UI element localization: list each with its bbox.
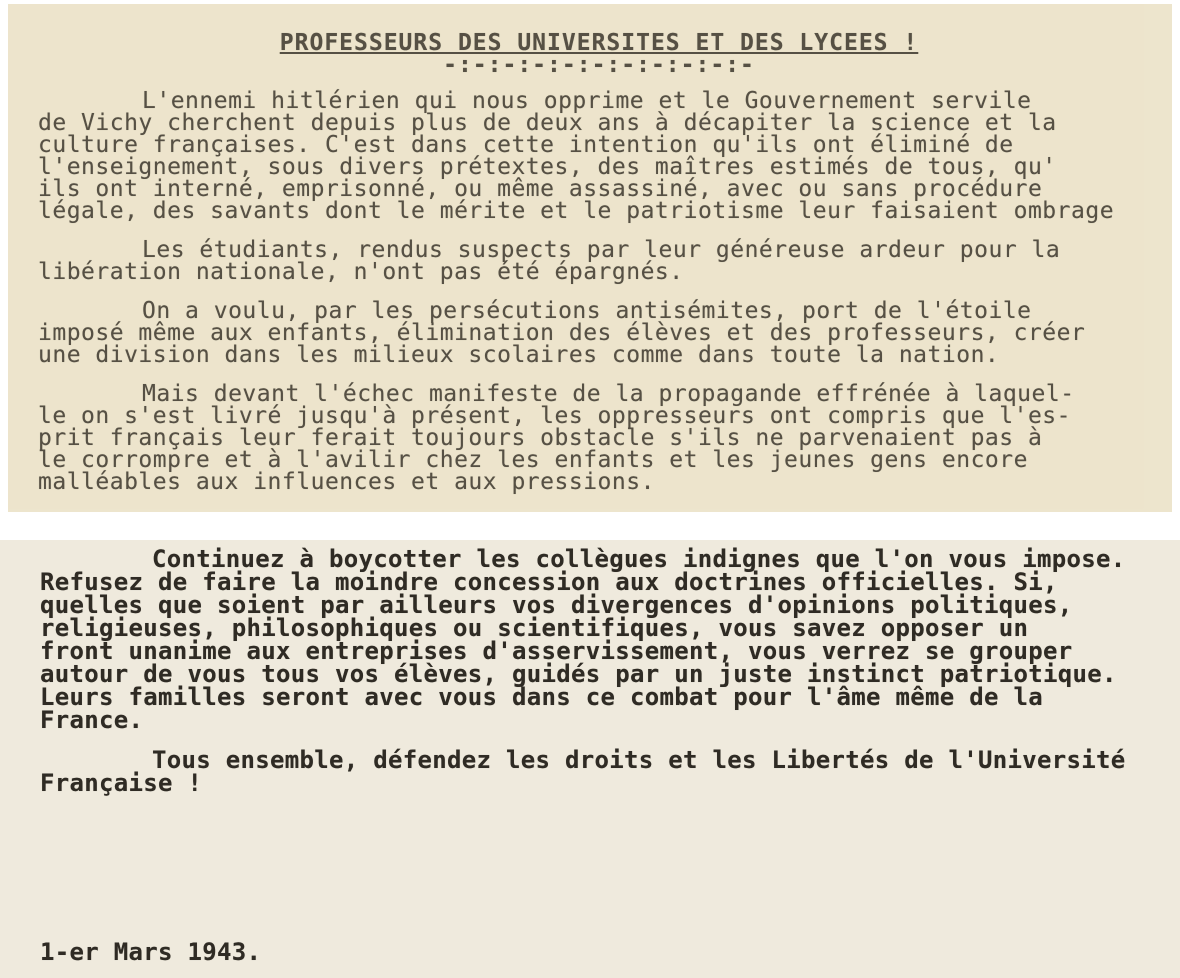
document-fragment-bottom: Continuez à boycotter les collègues indi… xyxy=(0,540,1180,978)
text-line: L'ennemi hitlérien qui nous opprime et l… xyxy=(38,90,1160,112)
text-line: de Vichy cherchent depuis plus de deux a… xyxy=(38,112,1160,134)
text-line: imposé même aux enfants, élimination des… xyxy=(38,322,1160,344)
document-title: PROFESSEURS DES UNIVERSITES ET DES LYCEE… xyxy=(38,32,1160,54)
text-line: Mais devant l'échec manifeste de la prop… xyxy=(38,383,1160,405)
text-line: prit français leur ferait toujours obsta… xyxy=(38,427,1160,449)
text-line: culture françaises. C'est dans cette int… xyxy=(38,134,1160,156)
text-line: le on s'est livré jusqu'à présent, les o… xyxy=(38,405,1160,427)
scanned-document-page: PROFESSEURS DES UNIVERSITES ET DES LYCEE… xyxy=(0,0,1180,978)
text-line: Tous ensemble, défendez les droits et le… xyxy=(40,749,1166,772)
paragraph: Continuez à boycotter les collègues indi… xyxy=(40,548,1166,732)
text-line: légale, des savants dont le mérite et le… xyxy=(38,200,1160,222)
paragraph: Mais devant l'échec manifeste de la prop… xyxy=(38,383,1160,493)
paragraph: Tous ensemble, défendez les droits et le… xyxy=(40,749,1166,795)
fragment-bottom-paragraphs: Continuez à boycotter les collègues indi… xyxy=(40,548,1166,795)
paragraph: L'ennemi hitlérien qui nous opprime et l… xyxy=(38,90,1160,222)
text-line: On a voulu, par les persécutions antisém… xyxy=(38,300,1160,322)
text-line: libération nationale, n'ont pas été épar… xyxy=(38,261,1160,283)
fragment-top-paragraphs: L'ennemi hitlérien qui nous opprime et l… xyxy=(38,90,1160,493)
text-line: l'enseignement, sous divers prétextes, d… xyxy=(38,156,1160,178)
text-line: malléables aux influences et aux pressio… xyxy=(38,471,1160,493)
text-line: Française ! xyxy=(40,772,1166,795)
paragraph: Les étudiants, rendus suspects par leur … xyxy=(38,239,1160,283)
paragraph: On a voulu, par les persécutions antisém… xyxy=(38,300,1160,366)
text-line: une division dans les milieux scolaires … xyxy=(38,344,1160,366)
text-line: le corrompre et à l'avilir chez les enfa… xyxy=(38,449,1160,471)
document-fragment-top: PROFESSEURS DES UNIVERSITES ET DES LYCEE… xyxy=(8,4,1172,512)
text-line: ils ont interné, emprisonné, ou même ass… xyxy=(38,178,1160,200)
text-line: Les étudiants, rendus suspects par leur … xyxy=(38,239,1160,261)
document-date: 1-er Mars 1943. xyxy=(40,941,1166,964)
text-line: France. xyxy=(40,709,1166,732)
text-line: Leurs familles seront avec vous dans ce … xyxy=(40,686,1166,709)
title-separator-ornament: -:-:-:-:-:-:-:-:-:-:- xyxy=(38,54,1160,76)
